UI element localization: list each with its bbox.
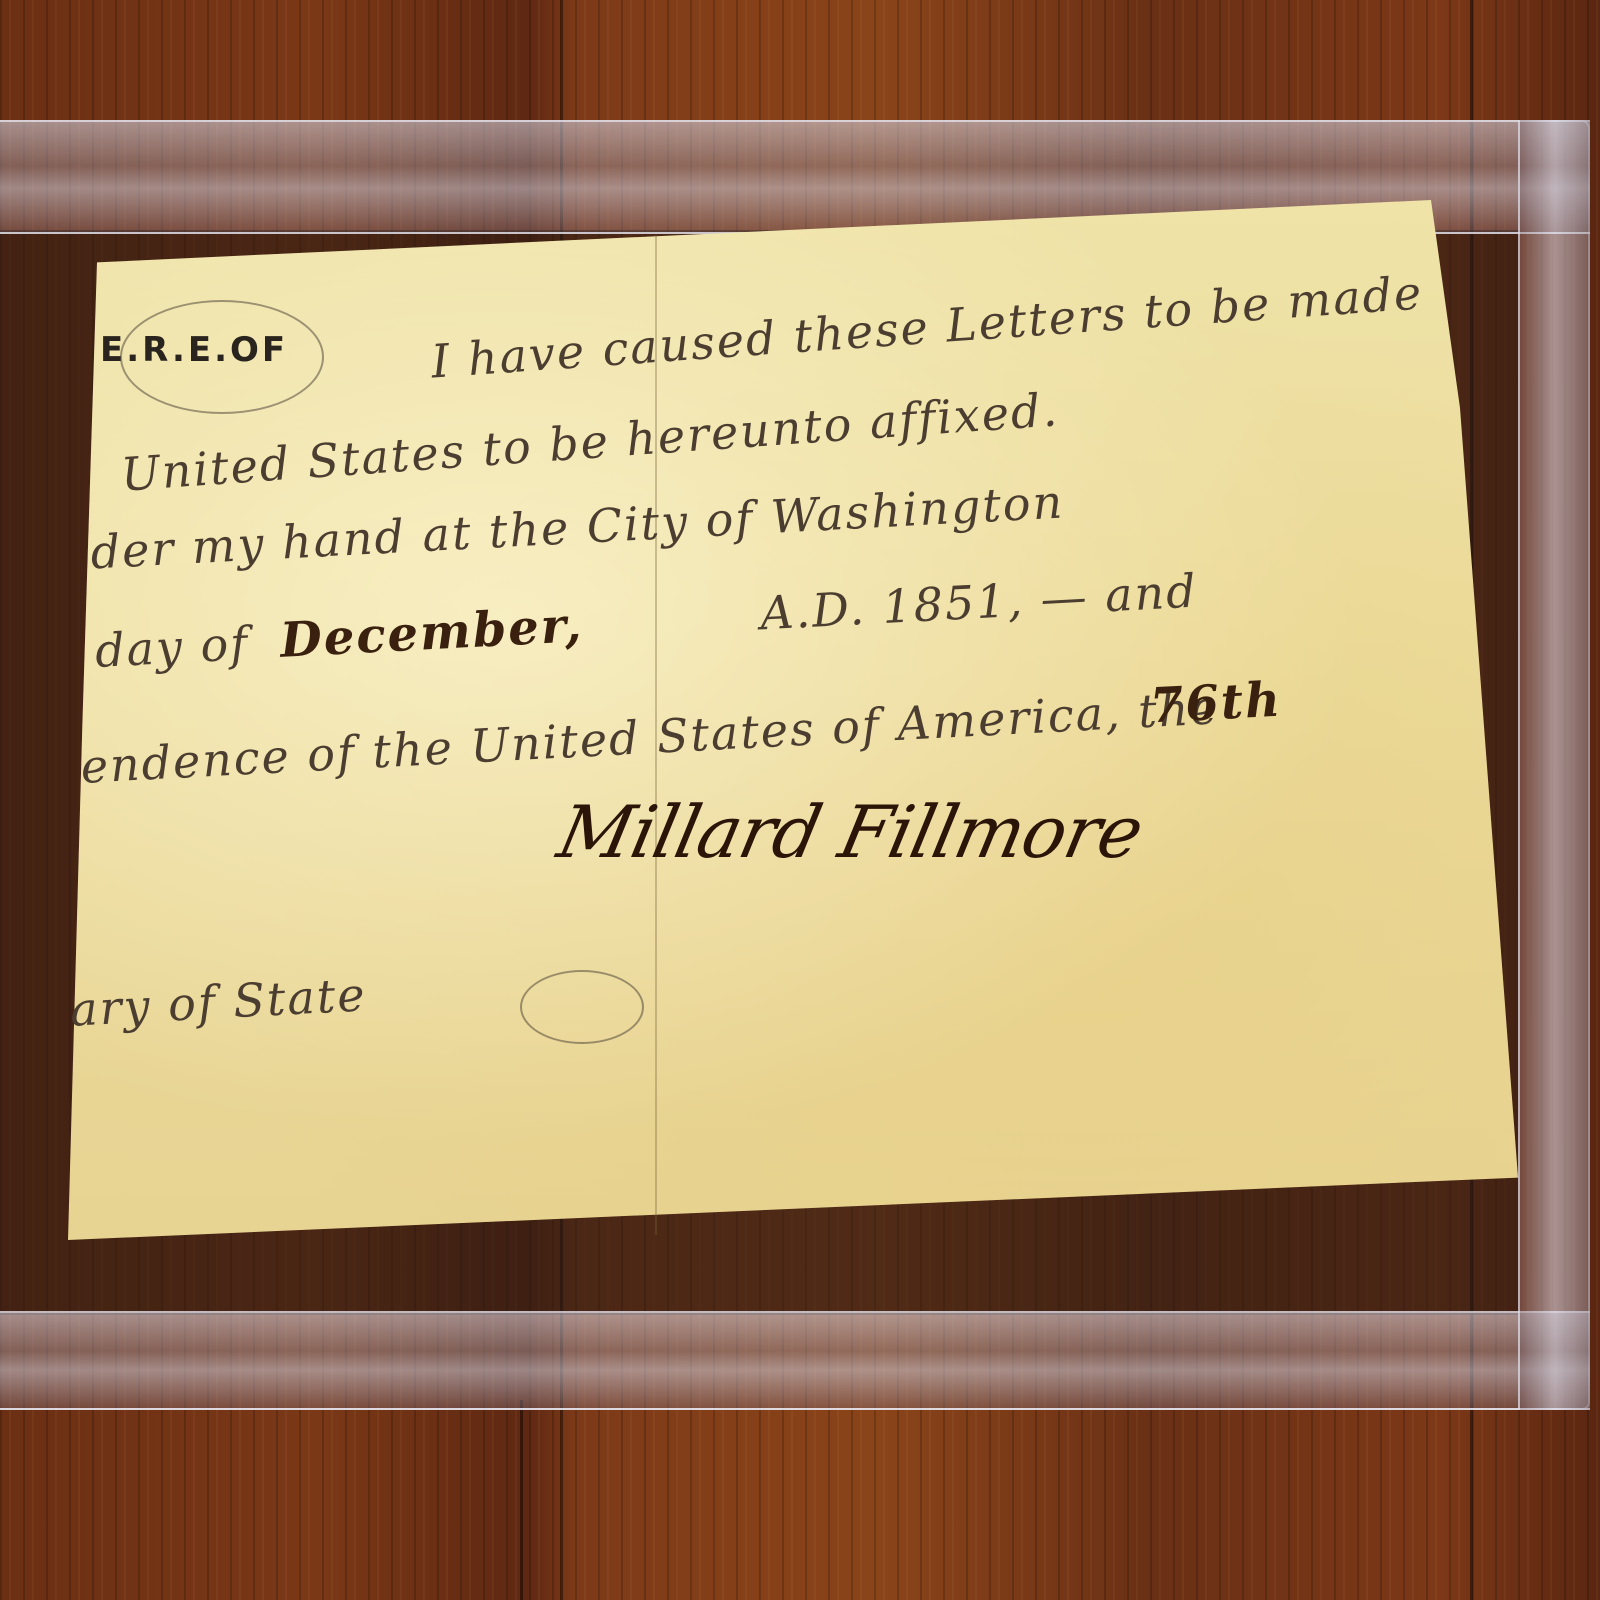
holder-right-rail <box>1518 120 1590 1410</box>
engraved-flourish <box>520 970 644 1044</box>
signature: Millard Fillmore <box>551 790 1150 874</box>
plank-seam <box>520 1400 523 1600</box>
ordinal-field: 76th <box>1149 672 1284 735</box>
document-line-4: day of <box>94 616 251 678</box>
holder-bottom-rail <box>0 1311 1590 1410</box>
heading-fragment: E.R.E.OF <box>100 330 288 370</box>
